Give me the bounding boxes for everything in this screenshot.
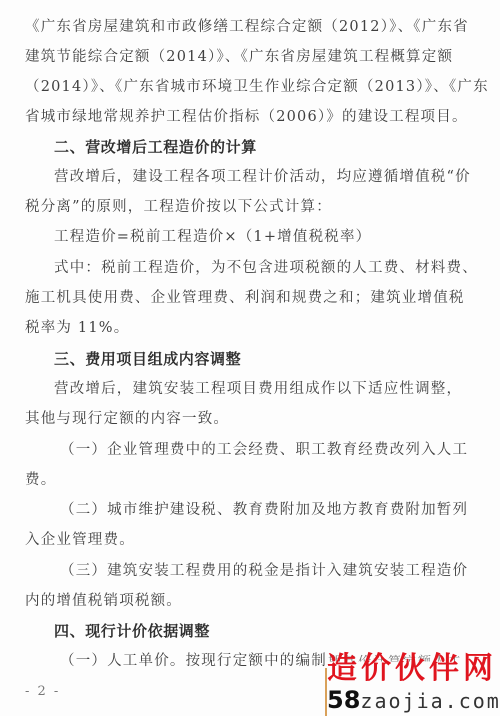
list-item-line: （三）建筑安装工程费用的税金是指计入建筑安装工程造价 xyxy=(60,561,474,581)
paragraph-line: 省城市绿地常规养护工程估价指标（2006）》的建设工程项目。 xyxy=(25,107,475,127)
watermark-url-domain: zaojia.com xyxy=(360,689,500,713)
paragraph-line: 施工机具使用费、企业管理费、利润和规费之和；建筑业增值税 xyxy=(25,288,475,308)
paragraph-line: 《广东省房屋建筑和市政修缮工程综合定额（2012）》、《广东省 xyxy=(25,17,475,37)
list-item-line: 内的增值税销项税额。 xyxy=(25,591,475,611)
paragraph-line: （2014）》、《广东省城市环境卫生作业综合定额（2013）》、《广东 xyxy=(25,77,475,97)
list-item-line: （一）人工单价。按现行定额中的编制 xyxy=(60,651,335,671)
list-item-line: 费。 xyxy=(25,470,475,490)
list-item-line: （一）企业管理费中的工会经费、职工教育经费改列入人工 xyxy=(60,440,474,460)
list-item-line: 入企业管理费。 xyxy=(25,530,475,550)
paragraph-line: 建筑节能综合定额（2014）》、《广东省房屋建筑工程概算定额 xyxy=(25,47,475,67)
formula-line: 工程造价=税前工程造价×（1+增值税税率） xyxy=(54,227,474,247)
section-heading-2: 二、营改增后工程造价的计算 xyxy=(54,137,257,157)
document-page: 《广东省房屋建筑和市政修缮工程综合定额（2012）》、《广东省 建筑节能综合定额… xyxy=(0,0,500,716)
section-heading-4: 四、现行计价依据调整 xyxy=(54,621,210,641)
watermark-url-number: 58 xyxy=(327,686,360,714)
paragraph-line: 税率为 11%。 xyxy=(25,318,475,338)
paragraph-line: 营改增后，建设工程各项工程计价活动，均应遵循增值税“价 xyxy=(54,167,474,187)
paragraph-line: 式中：税前工程造价，为不包含进项税额的人工费、材料费、 xyxy=(54,258,474,278)
page-number: - 2 - xyxy=(25,684,60,699)
paragraph-line: 其他与现行定额的内容一致。 xyxy=(25,409,475,429)
paragraph-line: 营改增后，建筑安装工程项目费用组成作以下适应性调整， xyxy=(54,379,474,399)
watermark-logo: 造价伙伴网 58zaojia.com xyxy=(325,660,500,716)
watermark-chinese-text: 造价伙伴网 xyxy=(327,652,497,686)
paragraph-line: 税分离”的原则，工程造价按以下公式计算： xyxy=(25,197,475,217)
watermark-url: 58zaojia.com xyxy=(327,686,500,716)
list-item-line: （二）城市维护建设税、教育费附加及地方教育费附加暂列 xyxy=(60,500,474,520)
section-heading-3: 三、费用项目组成内容调整 xyxy=(54,349,241,369)
